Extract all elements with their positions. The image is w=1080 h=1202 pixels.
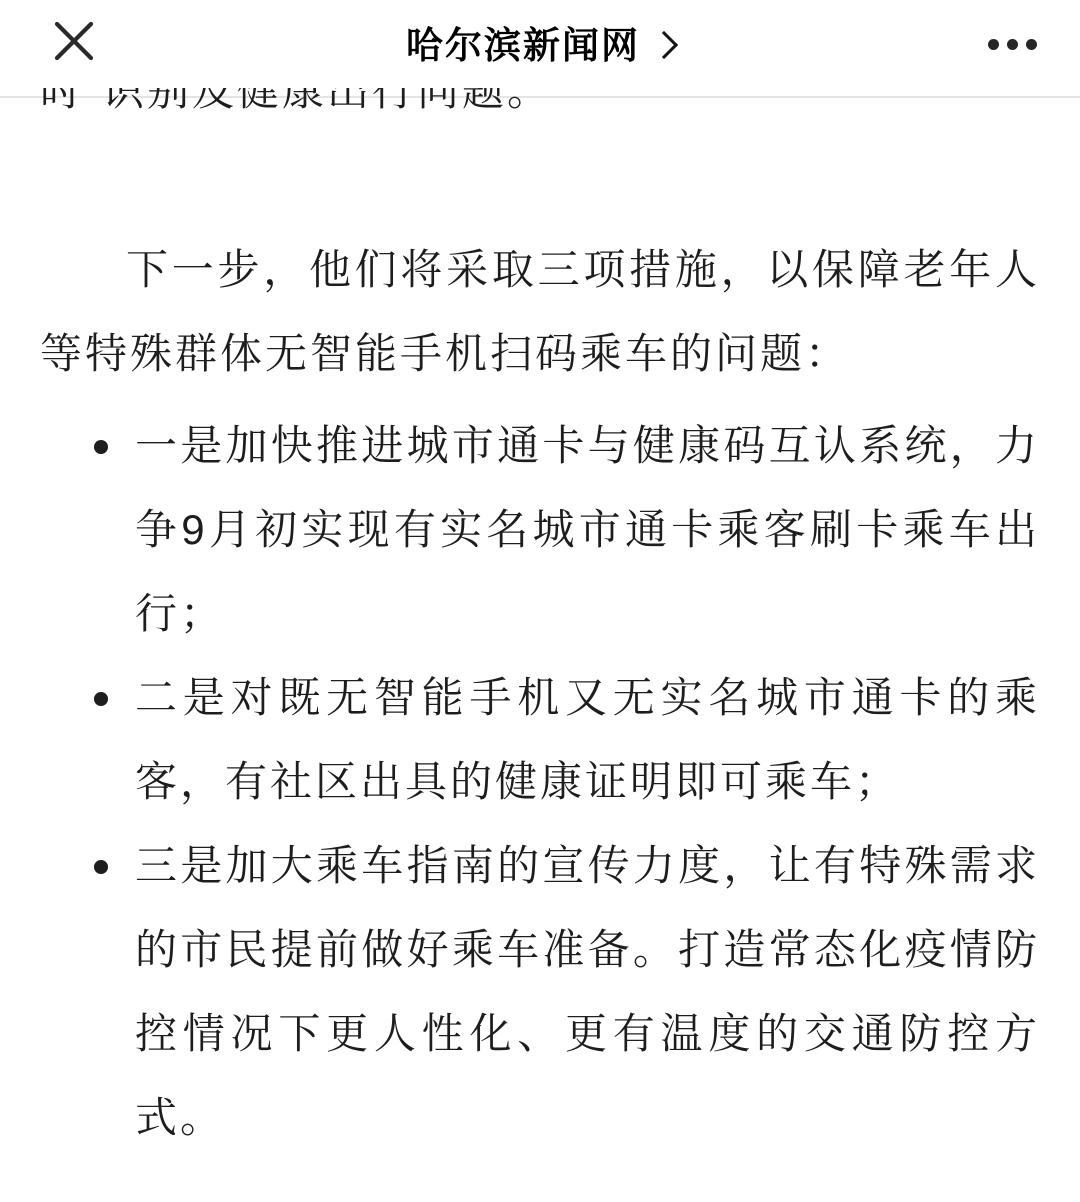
- list-item: 一是加快推进城市通卡与健康码互认系统，力争9月初实现有实名城市通卡乘客刷卡乘车出…: [40, 404, 1040, 656]
- navbar: 哈尔滨新闻网: [0, 0, 1080, 88]
- lead-paragraph: 下一步，他们将采取三项措施，以保障老年人等特殊群体无智能手机扫码乘车的问题：: [40, 228, 1040, 396]
- article-body: 时“识别及健康出行问题。 下一步，他们将采取三项措施，以保障老年人等特殊群体无智…: [40, 49, 1040, 1160]
- bullet-icon: [94, 692, 108, 706]
- bullet-icon: [94, 860, 108, 874]
- more-icon: [988, 39, 1037, 50]
- measures-list: 一是加快推进城市通卡与健康码互认系统，力争9月初实现有实名城市通卡乘客刷卡乘车出…: [40, 404, 1040, 1160]
- bullet-icon: [94, 440, 108, 454]
- list-item: 二是对既无智能手机又无实名城市通卡的乘客，有社区出具的健康证明即可乘车；: [40, 656, 1040, 824]
- list-item: 三是加大乘车指南的宣传力度，让有特殊需求的市民提前做好乘车准备。打造常态化疫情防…: [40, 824, 1040, 1160]
- more-options-button[interactable]: [974, 8, 1050, 80]
- page-title: 哈尔滨新闻网: [406, 25, 640, 64]
- list-item-text: 三是加大乘车指南的宣传力度，让有特殊需求的市民提前做好乘车准备。打造常态化疫情防…: [135, 842, 1040, 1141]
- account-title-link[interactable]: 哈尔滨新闻网: [0, 0, 1080, 88]
- list-item-text: 二是对既无智能手机又无实名城市通卡的乘客，有社区出具的健康证明即可乘车；: [135, 674, 1040, 805]
- chevron-right-icon: [650, 31, 678, 59]
- list-item-text: 一是加快推进城市通卡与健康码互认系统，力争9月初实现有实名城市通卡乘客刷卡乘车出…: [135, 422, 1040, 637]
